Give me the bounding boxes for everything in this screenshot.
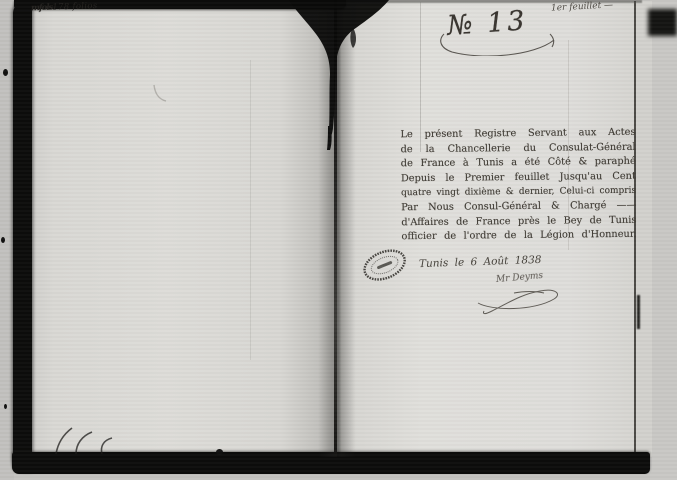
page-edge-mark [637,295,640,329]
annotation-text: 178 folios [52,1,97,13]
paragraph-line: officier de l'ordre de la Légion d'Honne… [401,228,636,245]
gutter-ink-blot [283,0,395,150]
film-speck [216,449,223,455]
film-speck [4,404,7,409]
right-page-edge [634,1,652,457]
faint-check-mark [146,84,172,106]
film-speck [1,237,5,243]
register-number-flourish [438,32,562,56]
page-crease [250,60,251,360]
photo-right-margin [650,0,677,480]
top-right-smudge [648,9,677,36]
annotation-scribble: mfols [31,3,53,14]
scanned-register-photo: mfols 178 folios 1er feuillet — № 13 Le … [0,0,677,480]
archivist-annotation: mfols 178 folios [31,3,53,14]
certification-paragraph: Le présent Registre Servant aux Actes de… [400,126,636,245]
film-speck [3,69,8,76]
signature-paraph [474,283,566,317]
book-left-edge [13,3,32,471]
bottom-wisps [42,416,152,454]
